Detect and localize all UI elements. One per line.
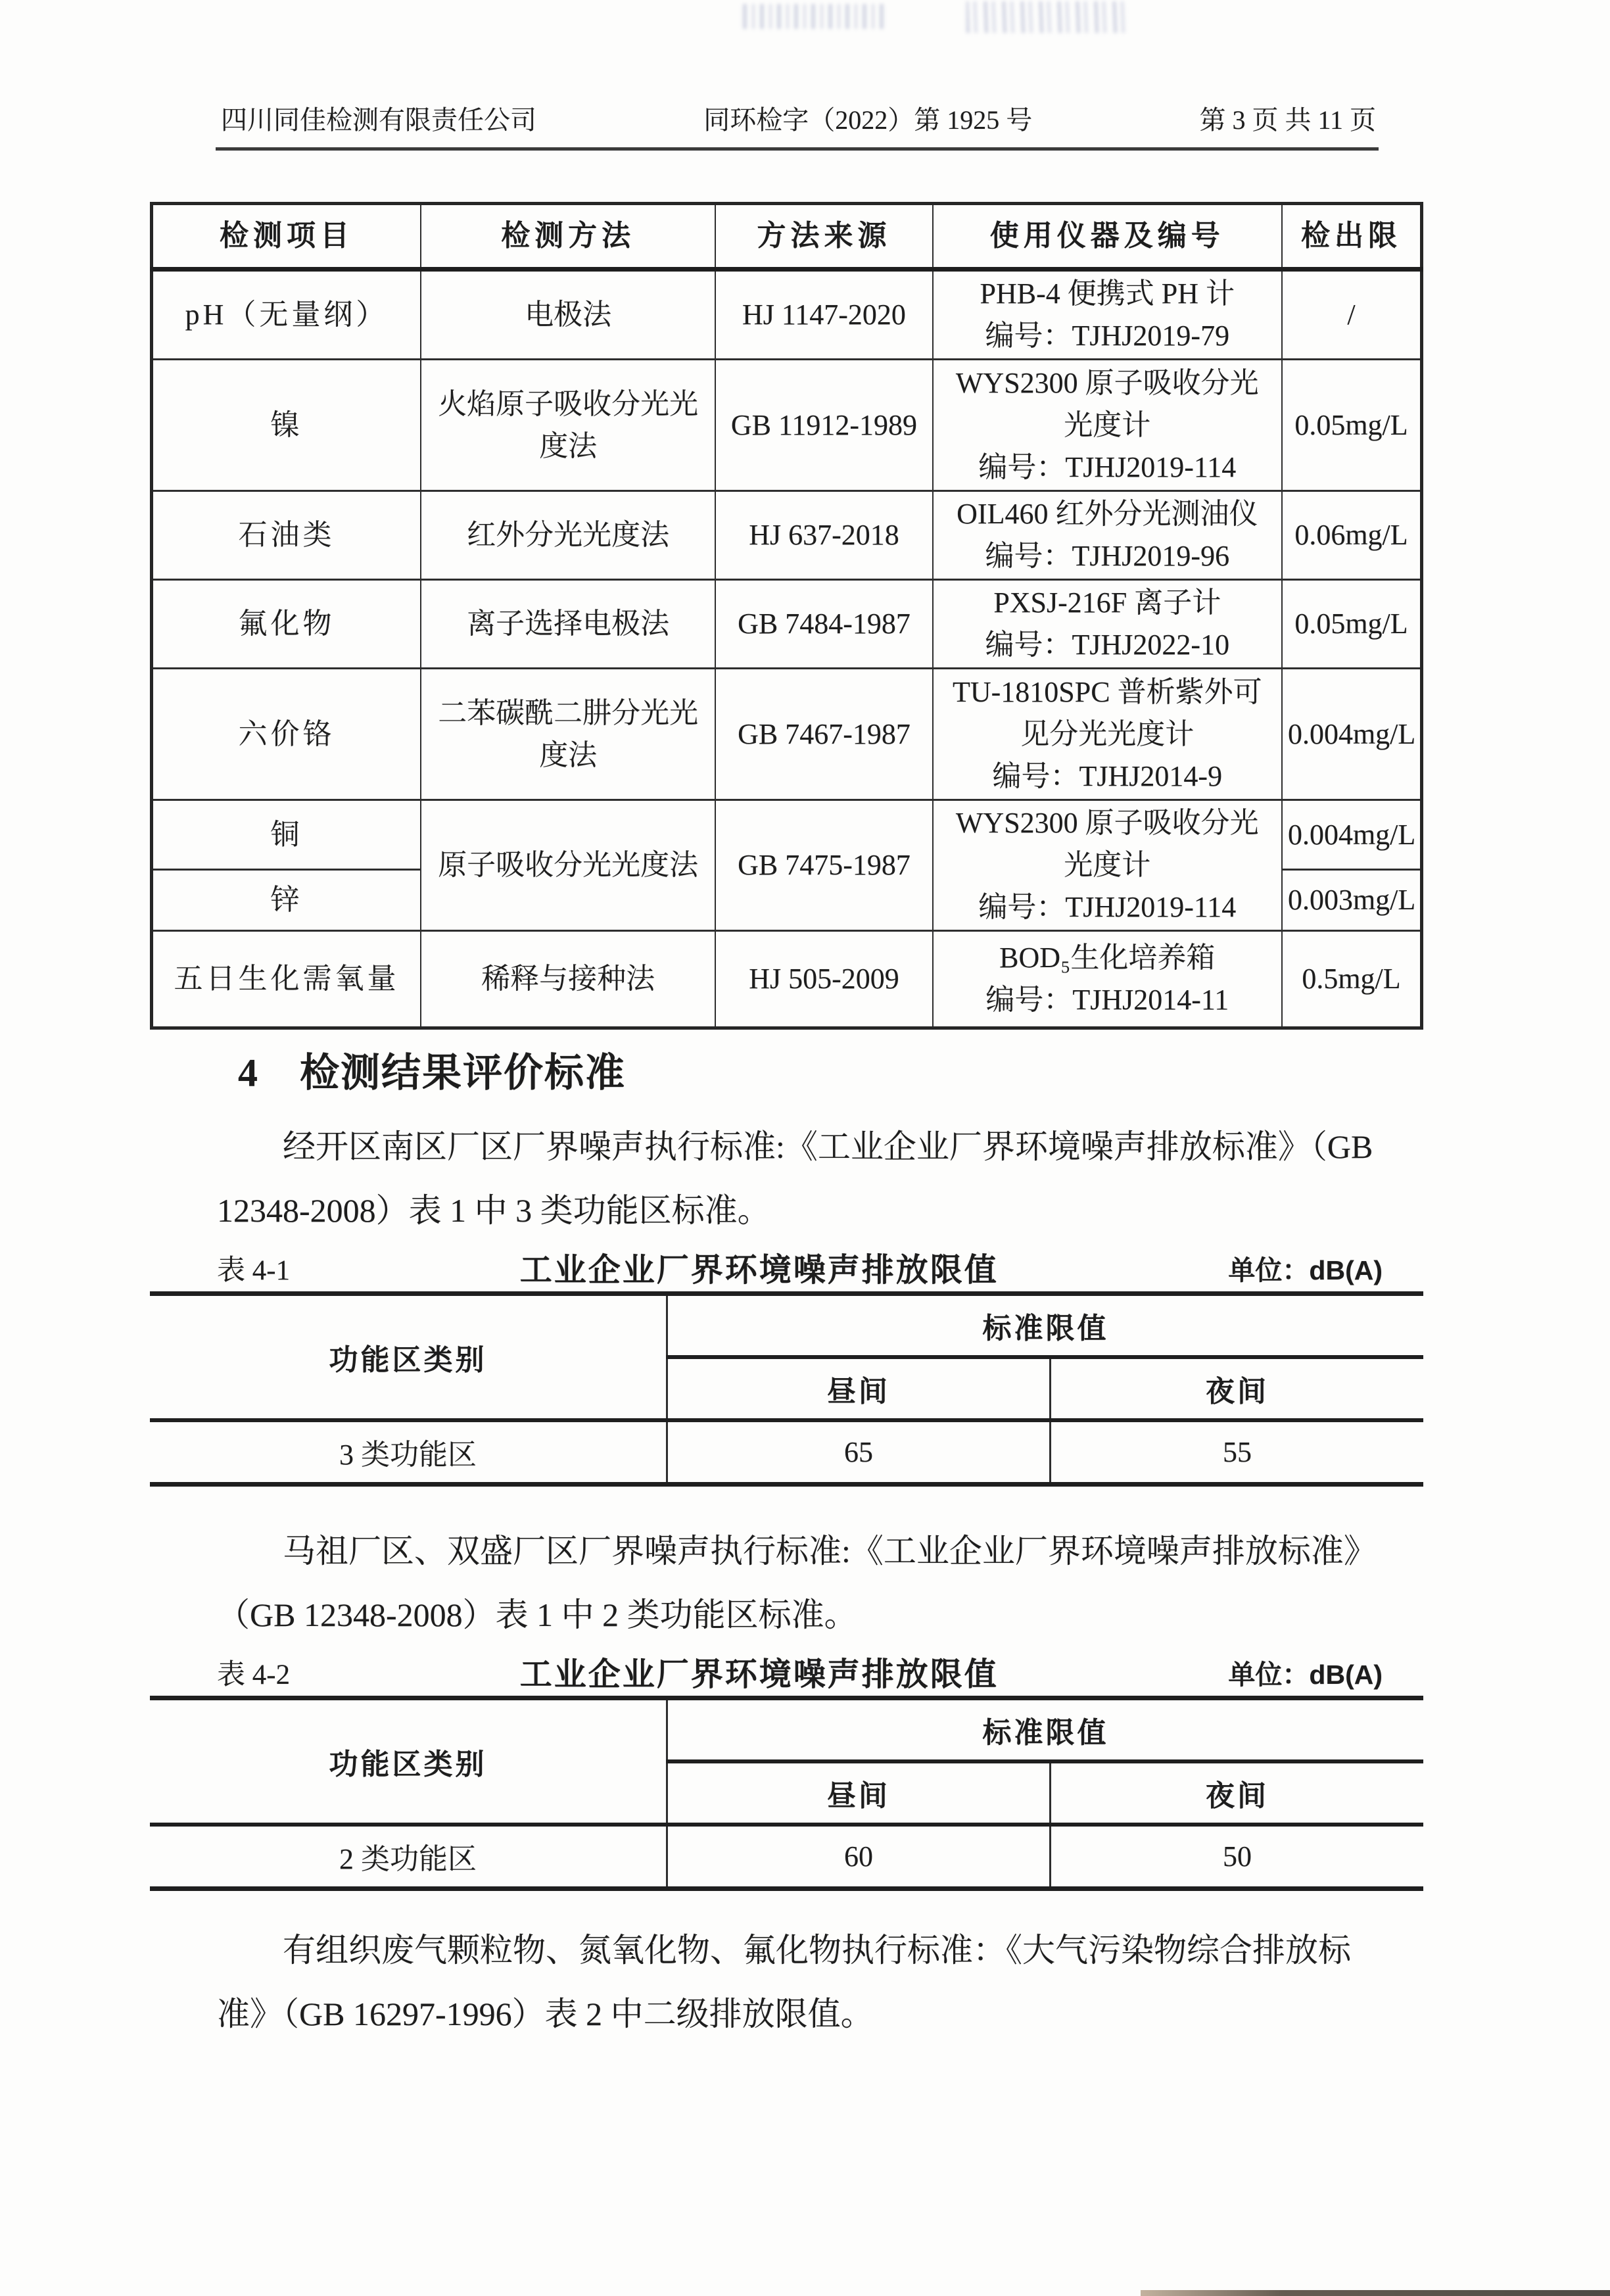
table-row: pH（无量纲） 电极法 HJ 1147-2020 PHB-4 便携式 PH 计 … bbox=[152, 270, 1422, 360]
paragraph: 马祖厂区、双盛厂区厂界噪声执行标准:《工业企业厂界环境噪声排放标准》 （GB 1… bbox=[217, 1519, 1389, 1647]
scan-edge-shadow bbox=[1141, 2290, 1610, 2296]
header-category: 功能区类别 bbox=[150, 1698, 667, 1825]
table-row: 石油类 红外分光光度法 HJ 637-2018 OIL460 红外分光测油仪 编… bbox=[152, 491, 1422, 580]
document-number: 同环检字（2022）第 1925 号 bbox=[703, 104, 1032, 137]
cell-instrument: WYS2300 原子吸收分光 光度计 编号：TJHJ2019-114 bbox=[933, 360, 1282, 491]
cell-day-value: 65 bbox=[667, 1420, 1050, 1485]
table-row: 五日生化需氧量 稀释与接种法 HJ 505-2009 BOD₅生化培养箱 编号：… bbox=[152, 931, 1422, 1028]
cell-method-merged: 原子吸收分光光度法 bbox=[421, 800, 715, 931]
paragraph: 经开区南区厂区厂界噪声执行标准:《工业企业厂界环境噪声排放标准》（GB 1234… bbox=[217, 1115, 1389, 1243]
cell-category: 3 类功能区 bbox=[150, 1420, 667, 1485]
cell-source: HJ 505-2009 bbox=[715, 931, 932, 1028]
cell-limit: 0.05mg/L bbox=[1282, 360, 1422, 491]
table-row: 氟化物 离子选择电极法 GB 7484-1987 PXSJ-216F 离子计 编… bbox=[152, 580, 1422, 669]
table-caption-title: 工业企业厂界环境噪声排放限值 bbox=[290, 1649, 1228, 1695]
col-header-instrument: 使用仪器及编号 bbox=[933, 204, 1282, 270]
cell-instrument: PHB-4 便携式 PH 计 编号：TJHJ2019-79 bbox=[933, 270, 1282, 360]
cell-instrument: TU-1810SPC 普析紫外可 见分光光度计 编号：TJHJ2014-9 bbox=[933, 669, 1282, 800]
table-row: 3 类功能区 65 55 bbox=[150, 1420, 1423, 1485]
cell-item: 镍 bbox=[152, 360, 421, 491]
table-row: 镍 火焰原子吸收分光光 度法 GB 11912-1989 WYS2300 原子吸… bbox=[152, 360, 1422, 491]
section-heading: 4 检测结果评价标准 bbox=[238, 1048, 1423, 1098]
cell-limit: 0.06mg/L bbox=[1282, 491, 1422, 580]
table-row: 铜 原子吸收分光光度法 GB 7475-1987 WYS2300 原子吸收分光 … bbox=[152, 800, 1422, 870]
cell-category: 2 类功能区 bbox=[150, 1825, 667, 1889]
cell-limit: 0.5mg/L bbox=[1282, 931, 1422, 1028]
paragraph-line: 准》（GB 16297-1996）表 2 中二级排放限值。 bbox=[217, 1982, 1389, 2046]
cell-method: 红外分光光度法 bbox=[421, 491, 715, 580]
cell-source: GB 11912-1989 bbox=[715, 360, 932, 491]
paragraph-line: 12348-2008）表 1 中 3 类功能区标准。 bbox=[217, 1179, 1389, 1243]
table-caption: 表 4-2 工业企业厂界环境噪声排放限值 单位：dB(A) bbox=[217, 1654, 1383, 1690]
cell-item: pH（无量纲） bbox=[152, 270, 421, 360]
cell-method: 电极法 bbox=[421, 270, 715, 360]
cell-night-value: 50 bbox=[1050, 1825, 1423, 1889]
cell-instrument-merged: WYS2300 原子吸收分光 光度计 编号：TJHJ2019-114 bbox=[933, 800, 1282, 931]
paragraph-line: 经开区南区厂区厂界噪声执行标准:《工业企业厂界环境噪声排放标准》（GB bbox=[217, 1115, 1389, 1179]
table-caption: 表 4-1 工业企业厂界环境噪声排放限值 单位：dB(A) bbox=[217, 1249, 1383, 1286]
paragraph-line: 马祖厂区、双盛厂区厂界噪声执行标准:《工业企业厂界环境噪声排放标准》 bbox=[217, 1519, 1389, 1583]
cell-item: 石油类 bbox=[152, 491, 421, 580]
cell-night-value: 55 bbox=[1050, 1420, 1423, 1485]
noise-limit-table-1: 功能区类别 标准限值 昼间 夜间 3 类功能区 65 55 bbox=[150, 1291, 1423, 1487]
cell-limit: / bbox=[1282, 270, 1422, 360]
cell-instrument: PXSJ-216F 离子计 编号：TJHJ2022-10 bbox=[933, 580, 1282, 669]
page-indicator: 第 3 页 共 11 页 bbox=[1199, 104, 1376, 137]
paragraph: 有组织废气颗粒物、氮氧化物、氟化物执行标准：《大气污染物综合排放标 准》（GB … bbox=[217, 1919, 1389, 2046]
cell-day-value: 60 bbox=[667, 1825, 1050, 1889]
cell-source: GB 7467-1987 bbox=[715, 669, 932, 800]
header-rule bbox=[216, 147, 1379, 151]
header-day: 昼间 bbox=[667, 1357, 1050, 1420]
header-limit-group: 标准限值 bbox=[667, 1698, 1423, 1761]
methods-table: 检测项目 检测方法 方法来源 使用仪器及编号 检出限 pH（无量纲） 电极法 H… bbox=[150, 202, 1423, 1030]
cell-method: 离子选择电极法 bbox=[421, 580, 715, 669]
cell-method: 稀释与接种法 bbox=[421, 931, 715, 1028]
table-row: 功能区类别 标准限值 bbox=[150, 1698, 1423, 1761]
cell-limit: 0.004mg/L bbox=[1282, 669, 1422, 800]
page-content: 四川同佳检测有限责任公司 同环检字（2022）第 1925 号 第 3 页 共 … bbox=[150, 0, 1423, 2046]
cell-limit: 0.003mg/L bbox=[1282, 870, 1422, 931]
paragraph-line: 有组织废气颗粒物、氮氧化物、氟化物执行标准：《大气污染物综合排放标 bbox=[217, 1919, 1389, 1982]
header-limit-group: 标准限值 bbox=[667, 1294, 1423, 1357]
table-caption-unit: 单位：dB(A) bbox=[1228, 1249, 1383, 1287]
col-header-limit: 检出限 bbox=[1282, 204, 1422, 270]
noise-limit-table-2: 功能区类别 标准限值 昼间 夜间 2 类功能区 60 50 bbox=[150, 1696, 1423, 1891]
cell-source-merged: GB 7475-1987 bbox=[715, 800, 932, 931]
header-day: 昼间 bbox=[667, 1761, 1050, 1825]
cell-source: HJ 1147-2020 bbox=[715, 270, 932, 360]
cell-item: 锌 bbox=[152, 870, 421, 931]
col-header-method: 检测方法 bbox=[421, 204, 715, 270]
page-header: 四川同佳检测有限责任公司 同环检字（2022）第 1925 号 第 3 页 共 … bbox=[221, 104, 1376, 137]
cell-method: 二苯碳酰二肼分光光 度法 bbox=[421, 669, 715, 800]
cell-limit: 0.004mg/L bbox=[1282, 800, 1422, 870]
table-row: 六价铬 二苯碳酰二肼分光光 度法 GB 7467-1987 TU-1810SPC… bbox=[152, 669, 1422, 800]
cell-source: HJ 637-2018 bbox=[715, 491, 932, 580]
cell-item: 六价铬 bbox=[152, 669, 421, 800]
report-page: 四川同佳检测有限责任公司 同环检字（2022）第 1925 号 第 3 页 共 … bbox=[0, 0, 1610, 2296]
methods-header-row: 检测项目 检测方法 方法来源 使用仪器及编号 检出限 bbox=[152, 204, 1422, 270]
table-caption-title: 工业企业厂界环境噪声排放限值 bbox=[290, 1245, 1228, 1291]
header-night: 夜间 bbox=[1050, 1357, 1423, 1420]
company-name: 四川同佳检测有限责任公司 bbox=[221, 104, 536, 137]
cell-item: 氟化物 bbox=[152, 580, 421, 669]
cell-limit: 0.05mg/L bbox=[1282, 580, 1422, 669]
table-caption-unit: 单位：dB(A) bbox=[1228, 1653, 1383, 1692]
cell-instrument: OIL460 红外分光测油仪 编号：TJHJ2019-96 bbox=[933, 491, 1282, 580]
cell-item: 铜 bbox=[152, 800, 421, 870]
table-row: 功能区类别 标准限值 bbox=[150, 1294, 1423, 1357]
cell-source: GB 7484-1987 bbox=[715, 580, 932, 669]
table-caption-label: 表 4-2 bbox=[217, 1652, 290, 1692]
col-header-source: 方法来源 bbox=[715, 204, 932, 270]
table-row: 2 类功能区 60 50 bbox=[150, 1825, 1423, 1889]
cell-instrument: BOD₅生化培养箱 编号：TJHJ2014-11 bbox=[933, 931, 1282, 1028]
header-night: 夜间 bbox=[1050, 1761, 1423, 1825]
cell-method: 火焰原子吸收分光光 度法 bbox=[421, 360, 715, 491]
table-caption-label: 表 4-1 bbox=[217, 1248, 290, 1288]
paragraph-line: （GB 12348-2008）表 1 中 2 类功能区标准。 bbox=[217, 1583, 1389, 1647]
header-category: 功能区类别 bbox=[150, 1294, 667, 1420]
col-header-item: 检测项目 bbox=[152, 204, 421, 270]
cell-item: 五日生化需氧量 bbox=[152, 931, 421, 1028]
